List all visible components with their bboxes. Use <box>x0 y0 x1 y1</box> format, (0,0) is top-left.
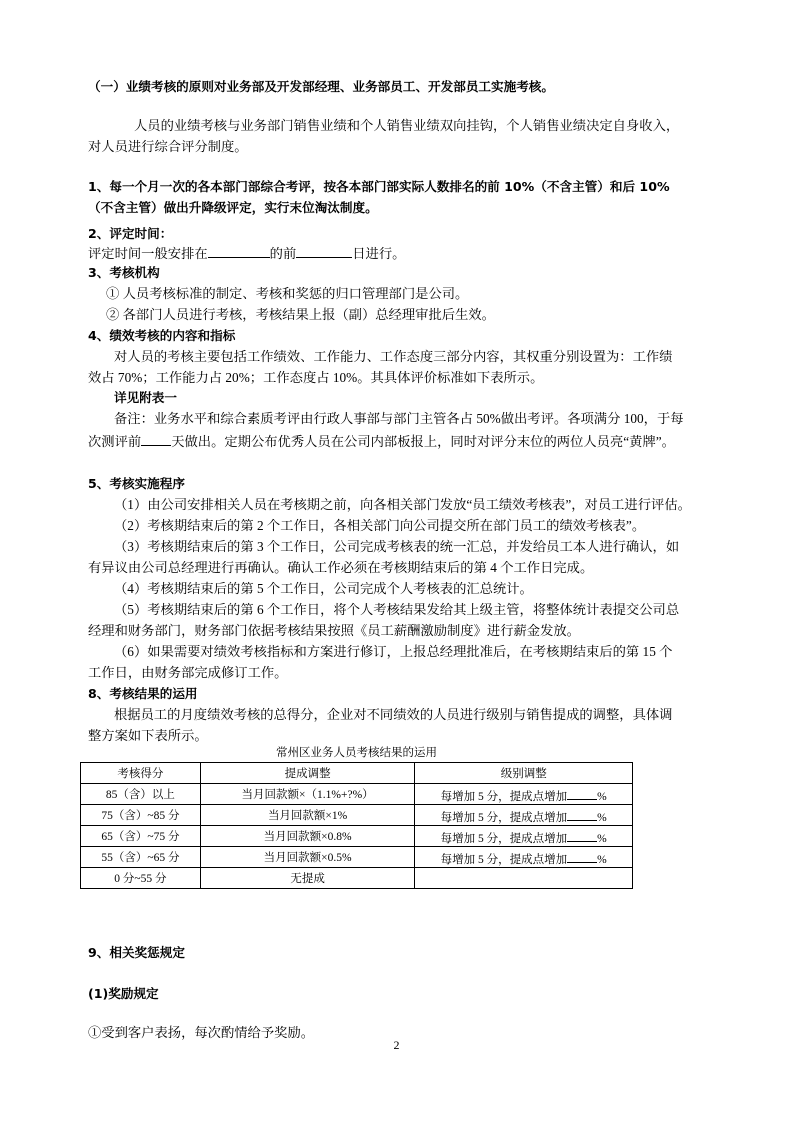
section4-title: 4、绩效考核的内容和指标 <box>88 327 235 345</box>
cell-commission: 当月回款额×0.5% <box>200 847 415 868</box>
cell-commission: 当月回款额×1% <box>200 805 415 826</box>
procedure-step-4: （4）考核期结束后的第 5 个工作日，公司完成个人考核表的汇总统计。 <box>114 580 533 598</box>
table-header-row: 考核得分 提成调整 级别调整 <box>81 763 633 784</box>
cell-score: 75（含）~85 分 <box>81 805 201 826</box>
table-row: 0 分~55 分 无提成 <box>81 868 633 889</box>
section4-line2: 效占 70%；工作能力占 20%；工作态度占 10%。其具体评价标准如下表所示。 <box>88 369 543 387</box>
table-row: 75（含）~85 分 当月回款额×1% 每增加 5 分，提成点增加% <box>81 805 633 826</box>
cell-score: 65（含）~75 分 <box>81 826 201 847</box>
reward-rules-title: (1)奖励规定 <box>88 985 159 1003</box>
cell-commission: 当月回款额×（1.1%+?%） <box>200 784 415 805</box>
cell-level: 每增加 5 分，提成点增加% <box>415 826 633 847</box>
page-number: 2 <box>0 1038 793 1053</box>
section3-item-2: ② 各部门人员进行考核，考核结果上报（副）总经理审批后生效。 <box>106 306 495 324</box>
section4-line1: 对人员的考核主要包括工作绩效、工作能力、工作态度三部分内容，其权重分别设置为：工… <box>114 348 672 366</box>
section2-text: 评定时间一般安排在的前日进行。 <box>88 243 405 263</box>
percent-blank[interactable] <box>567 806 597 821</box>
cell-commission: 无提成 <box>200 868 415 889</box>
remark-line2: 次测评前天做出。定期公布优秀人员在公司内部板报上，同时对评分末位的两位人员亮“黄… <box>88 431 675 451</box>
remark-line2-b: 天做出。定期公布优秀人员在公司内部板报上，同时对评分末位的两位人员亮“黄牌”。 <box>171 434 675 449</box>
procedure-step-1: （1）由公司安排相关人员在考核期之前，向各相关部门发放“员工绩效考核表”，对员工… <box>114 496 691 514</box>
header-commission: 提成调整 <box>200 763 415 784</box>
percent-blank[interactable] <box>567 785 597 800</box>
cell-score: 55（含）~65 分 <box>81 847 201 868</box>
section3-title: 3、考核机构 <box>88 264 160 282</box>
procedure-step-2: （2）考核期结束后的第 2 个工作日，各相关部门向公司提交所在部门员工的绩效考核… <box>114 517 645 535</box>
header-level: 级别调整 <box>415 763 633 784</box>
percent-blank[interactable] <box>567 848 597 863</box>
cell-level <box>415 868 633 889</box>
table-caption: 常州区业务人员考核结果的运用 <box>80 744 633 760</box>
cell-level: 每增加 5 分，提成点增加% <box>415 805 633 826</box>
percent-blank[interactable] <box>567 827 597 842</box>
cell-level: 每增加 5 分，提成点增加% <box>415 784 633 805</box>
see-appendix-note: 详见附表一 <box>114 389 177 407</box>
table-row: 65（含）~75 分 当月回款额×0.8% 每增加 5 分，提成点增加% <box>81 826 633 847</box>
procedure-step-6-cont: 工作日，由财务部完成修订工作。 <box>88 664 287 682</box>
cell-score: 0 分~55 分 <box>81 868 201 889</box>
table-row: 85（含）以上 当月回款额×（1.1%+?%） 每增加 5 分，提成点增加% <box>81 784 633 805</box>
cell-commission: 当月回款额×0.8% <box>200 826 415 847</box>
cell-level: 每增加 5 分，提成点增加% <box>415 847 633 868</box>
procedure-step-3-cont: 有异议由公司总经理进行再确认。确认工作必须在考核期结束后的第 4 个工作日完成。 <box>88 559 593 577</box>
assessment-result-table: 考核得分 提成调整 级别调整 85（含）以上 当月回款额×（1.1%+?%） 每… <box>80 762 633 889</box>
header-score: 考核得分 <box>81 763 201 784</box>
date-blank-1[interactable] <box>208 243 270 258</box>
section9-title: 9、相关奖惩规定 <box>88 944 185 962</box>
intro-paragraph-line1: 人员的业绩考核与业务部门销售业绩和个人销售业绩双向挂钩，个人销售业绩决定自身收入… <box>134 117 679 135</box>
cell-score: 85（含）以上 <box>81 784 201 805</box>
section5-title: 5、考核实施程序 <box>88 475 185 493</box>
procedure-step-5: （5）考核期结束后的第 6 个工作日，将个人考核结果发给其上级主管，将整体统计表… <box>114 601 679 619</box>
section2-title: 2、评定时间： <box>88 225 172 243</box>
section2-text-a: 评定时间一般安排在 <box>88 246 208 261</box>
remark-line2-a: 次测评前 <box>88 434 141 449</box>
remark-line1: 备注：业务水平和综合素质考评由行政人事部与部门主管各占 50%做出考评。各项满分… <box>114 410 684 428</box>
document-page: （一）业绩考核的原则对业务部及开发部经理、业务部员工、开发部员工实施考核。 人员… <box>0 0 793 1122</box>
section1-line2: （不含主管）做出升降级评定，实行末位淘汰制度。 <box>88 199 378 217</box>
section8-title: 8、考核结果的运用 <box>88 685 198 703</box>
table-row: 55（含）~65 分 当月回款额×0.5% 每增加 5 分，提成点增加% <box>81 847 633 868</box>
section3-item-1: ① 人员考核标准的制定、考核和奖惩的归口管理部门是公司。 <box>106 285 468 303</box>
procedure-step-5-cont: 经理和财务部门，财务部门依据考核结果按照《员工薪酬激励制度》进行薪金发放。 <box>88 622 580 640</box>
intro-paragraph-line2: 对人员进行综合评分制度。 <box>88 138 248 156</box>
section2-text-c: 日进行。 <box>352 246 405 261</box>
procedure-step-6: （6）如果需要对绩效考核指标和方案进行修订，上报总经理批准后，在考核期结束后的第… <box>114 643 672 661</box>
section8-line1: 根据员工的月度绩效考核的总得分，企业对不同绩效的人员进行级别与销售提成的调整，具… <box>114 706 672 724</box>
section8-line2: 整方案如下表所示。 <box>88 727 208 745</box>
section2-text-b: 的前 <box>270 246 297 261</box>
date-blank-2[interactable] <box>296 243 352 258</box>
heading-performance-principle: （一）业绩考核的原则对业务部及开发部经理、业务部员工、开发部员工实施考核。 <box>88 78 554 96</box>
days-blank[interactable] <box>141 431 171 446</box>
section1-line1: 1、每一个月一次的各本部门部综合考评，按各本部门部实际人数排名的前 10%（不含… <box>88 178 670 196</box>
procedure-step-3: （3）考核期结束后的第 3 个工作日，公司完成考核表的统一汇总，并发给员工本人进… <box>114 538 679 556</box>
